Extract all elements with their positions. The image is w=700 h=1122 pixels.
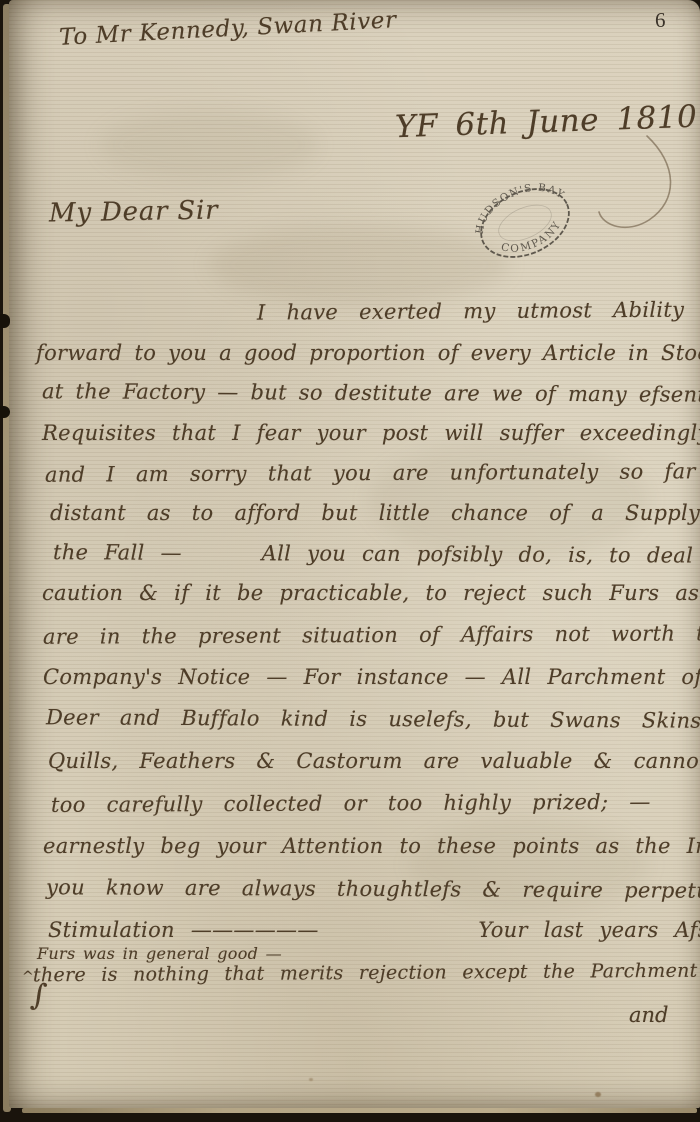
catchword: and <box>629 1003 669 1027</box>
letter-page: 6 To Mr Kennedy, Swan River YF 6th June … <box>9 0 700 1108</box>
letter-line: Deer and Buffalo kind is uselefs, but Sw… <box>46 705 700 732</box>
foxing-spot <box>595 1092 601 1097</box>
letter-line: I have exerted my utmost Ability to <box>257 297 700 324</box>
letter-line: at the Factory — but so destitute are we… <box>42 379 700 407</box>
letter-line: the Fall — All you can pofsibly do, is, … <box>53 540 700 568</box>
letter-line: Requisites that I fear your post will su… <box>42 421 700 445</box>
scanned-letter-background: 6 To Mr Kennedy, Swan River YF 6th June … <box>0 0 700 1122</box>
addressee-line: To Mr Kennedy, Swan River <box>59 7 398 51</box>
foxing-spot <box>309 1078 313 1081</box>
letter-line: and I am sorry that you are unfortunatel… <box>45 459 696 486</box>
left-edge-notch <box>0 314 10 328</box>
insertion-slash-mark: ∫ <box>29 977 48 1013</box>
letter-line: caution & if it be practicable, to rejec… <box>42 581 699 605</box>
letter-insertion-line: Furs was in general good — <box>37 944 282 963</box>
page-number: 6 <box>655 8 666 33</box>
letter-line: Company's Notice — For instance — All Pa… <box>43 665 700 689</box>
bottom-page-stack-edge <box>22 1108 697 1113</box>
letter-line: too carefully collected or too highly pr… <box>51 789 700 817</box>
letter-line: Stimulation —————— Your last years Afsor… <box>48 918 700 942</box>
salutation: My Dear Sir <box>49 196 219 229</box>
letter-line: there is nothing that merits rejection e… <box>33 960 698 987</box>
ink-bleedthrough-smudge <box>99 110 319 180</box>
letter-line: forward to you a good proportion of ever… <box>36 341 700 365</box>
letter-line: distant as to afford but little chance o… <box>50 501 700 525</box>
letter-line: earnestly beg your Attention to these po… <box>43 834 700 858</box>
letter-line: are in the present situation of Affairs … <box>43 621 700 649</box>
letter-line: you know are always thoughtlefs & requir… <box>46 875 700 903</box>
letter-line: Quills, Feathers & Castorum are valuable… <box>48 749 700 773</box>
